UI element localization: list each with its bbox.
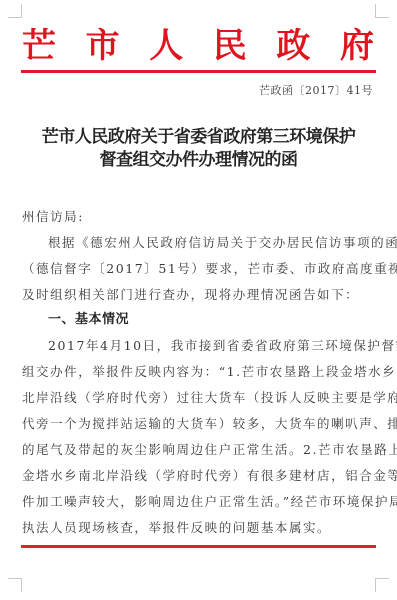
document-number: 芒政函〔2017〕41号 (259, 82, 373, 98)
paragraph-line: 执法人员现场核查，举报件反映的问题基本属实。 (22, 515, 376, 541)
paragraph-line: 组交办件，举报件反映内容为：“1.芒市农垦路上段金塔水乡南 (22, 359, 376, 385)
paragraph-line: 件加工噪声较大，影响周边住户正常生活。”经芒市环境保护局 (22, 489, 376, 515)
page-corner-mark-top-right (375, 4, 389, 18)
paragraph-line: 及时组织相关部门进行查办，现将办理情况函告如下： (22, 282, 376, 308)
section-heading: 一、基本情况 (22, 307, 376, 333)
masthead-title: 芒 市 人 民 政 府 (22, 26, 374, 66)
masthead-char: 政 (276, 26, 310, 66)
masthead-char: 芒 (22, 26, 56, 66)
paragraph-line: （德信督字〔2017〕51号）要求，芒市委、市政府高度重视， (22, 256, 376, 282)
paragraph-line: 代旁一个为搅拌站运输的大货车）较多，大货车的喇叭声、排放 (22, 411, 376, 437)
paragraph-line: 2017年4月10日，我市接到省委省政府第三环境保护督察 (22, 333, 376, 359)
salutation: 州信访局: (22, 204, 376, 230)
masthead-char: 民 (213, 26, 247, 66)
masthead-red-rule (21, 70, 376, 73)
paragraph-line: 根据《德宏州人民政府信访局关于交办居民信访事项的函》 (22, 230, 376, 256)
footer-red-rule (21, 545, 376, 548)
masthead-char: 府 (340, 26, 374, 66)
page-corner-mark-top-left (8, 4, 22, 18)
masthead-char: 人 (149, 26, 183, 66)
page-corner-mark-bottom-left (8, 578, 22, 592)
masthead-char: 市 (86, 26, 120, 66)
paragraph-line: 的尾气及带起的灰尘影响周边住户正常生活。2.芒市农垦路上段 (22, 437, 376, 463)
document-title-line-2: 督查组交办件办理情况的函 (0, 149, 397, 171)
document-title-line-1: 芒市人民政府关于省委省政府第三环境保护 (0, 126, 397, 148)
page-corner-mark-bottom-right (375, 578, 389, 592)
paragraph-line: 北岸沿线（学府时代旁）过往大货车（投诉人反映主要是学府时 (22, 385, 376, 411)
paragraph-line: 金塔水乡南北岸沿线（学府时代旁）有很多建材店，铝合金等铁 (22, 463, 376, 489)
